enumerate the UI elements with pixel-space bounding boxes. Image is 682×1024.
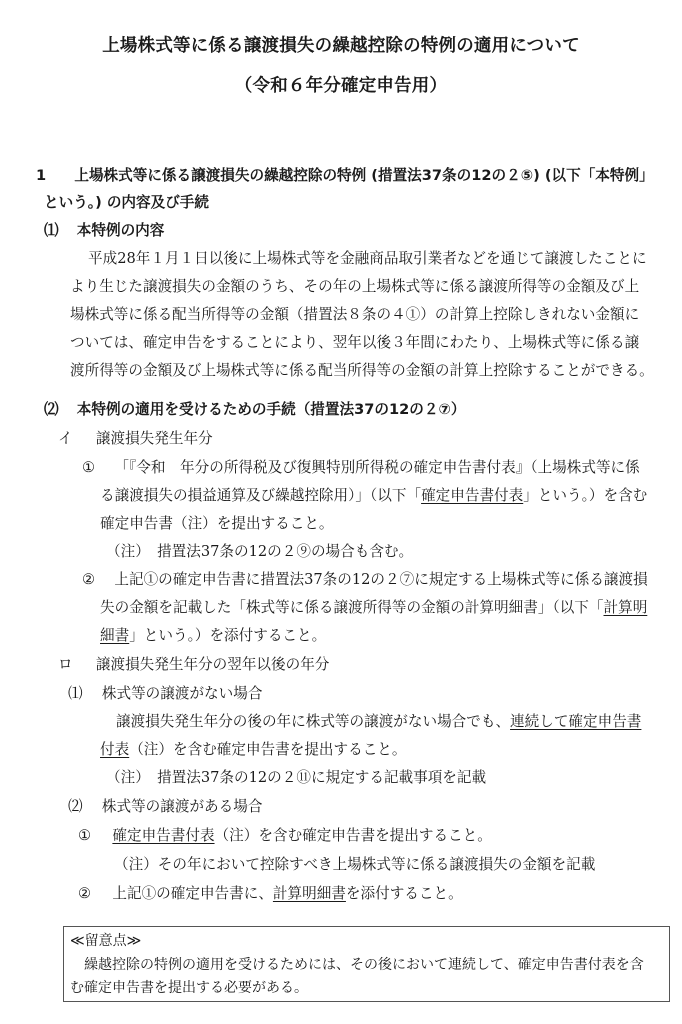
case-a-heading: ⑴ 株式等の譲渡がない場合 (68, 684, 262, 704)
document-subtitle: （令和６年分確定申告用） (0, 72, 682, 97)
text-segment: 失の金額を記載した「株式等に係る譲渡所得等の金額の計算明細書」（以下「 (100, 599, 604, 616)
step-text: 上記①の確定申告書に措置法37条の12の２⑦に規定する上場株式等に係る譲渡損 (114, 571, 647, 588)
case-marker: ⑵ (68, 798, 83, 815)
text-segment: （注）を含む確定申告書を提出すること。 (129, 741, 406, 758)
text-segment: る譲渡損失の損益通算及び繰越控除用）」（以下「 (100, 487, 421, 504)
paragraph-line: 平成28年１月１日以後に上場株式等を金融商品取引業者などを通じて譲渡したことに (88, 249, 647, 269)
step-text-line: 細書」という。）を添付すること。 (100, 626, 326, 646)
underlined-term: 細書 (100, 627, 129, 644)
section-heading-line2: という。) の内容及び手続 (44, 193, 209, 213)
item-marker: イ (58, 430, 73, 447)
text-segment: 」という。）を含む (523, 487, 647, 504)
underlined-term: 確定申告書付表 (421, 487, 523, 504)
notice-heading: ≪留意点≫ (70, 931, 141, 951)
text-segment: 譲渡損失発生年分の後の年に株式等の譲渡がない場合でも、 (116, 713, 510, 730)
section-heading-line1: 上場株式等に係る譲渡損失の繰越控除の特例 (措置法37条の12の２⑤) (以下「… (74, 167, 653, 184)
text-segment: を添付すること。 (346, 885, 463, 902)
item-ro-heading: ロ 譲渡損失発生年分の翌年以後の年分 (58, 655, 329, 675)
step-text-line: る譲渡損失の損益通算及び繰越控除用）」（以下「確定申告書付表」という。）を含む (100, 486, 647, 506)
document-title: 上場株式等に係る譲渡損失の繰越控除の特例の適用について (0, 32, 682, 57)
step-marker: ① (78, 827, 91, 844)
text-segment: 」という。）を添付すること。 (129, 627, 326, 644)
subsection-title: 本特例の内容 (77, 222, 165, 239)
notice-line: 繰越控除の特例の適用を受けるためには、その後において連続して、確定申告書付表を含 (70, 955, 644, 975)
case-b-heading: ⑵ 株式等の譲渡がある場合 (68, 797, 262, 817)
case-text-line: 付表（注）を含む確定申告書を提出すること。 (100, 740, 407, 760)
step-marker: ② (78, 885, 91, 902)
paragraph-line: 渡所得等の金額及び上場株式等に係る配当所得等の金額の計算上控除することができる。 (70, 361, 654, 381)
step-text: 「『令和 年分の所得税及び復興特別所得税の確定申告書付表』（上場株式等に係 (114, 459, 639, 476)
note: （注） 措置法37条の12の２⑪に規定する記載事項を記載 (106, 768, 486, 788)
item-i-heading: イ 譲渡損失発生年分 (58, 429, 213, 449)
step-text-line: 確定申告書（注）を提出すること。 (100, 514, 334, 534)
step-marker: ② (82, 571, 95, 588)
step-1: ① 「『令和 年分の所得税及び復興特別所得税の確定申告書付表』（上場株式等に係 (82, 458, 640, 478)
step-text-line: 失の金額を記載した「株式等に係る譲渡所得等の金額の計算明細書」（以下「計算明 (100, 598, 647, 618)
underlined-term: 計算明細書 (273, 885, 346, 902)
step-marker: ① (82, 459, 95, 476)
underlined-term: 確定申告書付表 (112, 827, 214, 844)
underlined-term: 計算明 (604, 599, 648, 616)
item-title: 譲渡損失発生年分の翌年以後の年分 (96, 656, 330, 673)
notice-line: む確定申告書を提出する必要がある。 (70, 978, 308, 998)
item-marker: ロ (58, 656, 73, 673)
subsection-title: 本特例の適用を受けるための手続（措置法37の12の２⑦） (77, 401, 466, 418)
case-title: 株式等の譲渡がない場合 (102, 685, 263, 702)
paragraph-line: ついては、確定申告をすることにより、翌年以後３年間にわたり、上場株式等に係る譲 (70, 333, 639, 353)
text-segment: （注）を含む確定申告書を提出すること。 (215, 827, 492, 844)
note: （注）その年において控除すべき上場株式等に係る譲渡損失の金額を記載 (114, 855, 595, 875)
paragraph-line: より生じた譲渡損失の金額のうち、その年の上場株式等に係る譲渡所得等の金額及び上 (70, 277, 639, 297)
section-number: 1 (36, 167, 46, 184)
step-2: ② 上記①の確定申告書に措置法37条の12の２⑦に規定する上場株式等に係る譲渡損 (82, 570, 648, 590)
item-title: 譲渡損失発生年分 (96, 430, 213, 447)
note: （注） 措置法37条の12の２⑨の場合も含む。 (106, 542, 413, 562)
case-text-line: 譲渡損失発生年分の後の年に株式等の譲渡がない場合でも、連続して確定申告書 (116, 712, 641, 732)
notice-box: ≪留意点≫ 繰越控除の特例の適用を受けるためには、その後において連続して、確定申… (63, 926, 670, 1002)
underlined-term: 連続して確定申告書 (510, 713, 641, 730)
subsection-1-heading: ⑴ 本特例の内容 (44, 221, 164, 241)
case-b-step-1: ① 確定申告書付表（注）を含む確定申告書を提出すること。 (78, 826, 492, 846)
subsection-2-heading: ⑵ 本特例の適用を受けるための手続（措置法37の12の２⑦） (44, 400, 465, 420)
underlined-term: 付表 (100, 741, 129, 758)
subsection-marker: ⑴ (44, 222, 59, 239)
text-segment: 上記①の確定申告書に、 (112, 885, 273, 902)
section-1-heading: 1 上場株式等に係る譲渡損失の繰越控除の特例 (措置法37条の12の２⑤) (以… (36, 166, 654, 186)
case-marker: ⑴ (68, 685, 83, 702)
case-title: 株式等の譲渡がある場合 (102, 798, 263, 815)
paragraph-line: 場株式等に係る配当所得等の金額（措置法８条の４①）の計算上控除しきれない金額に (70, 305, 639, 325)
case-b-step-2: ② 上記①の確定申告書に、計算明細書を添付すること。 (78, 884, 463, 904)
subsection-marker: ⑵ (44, 401, 59, 418)
